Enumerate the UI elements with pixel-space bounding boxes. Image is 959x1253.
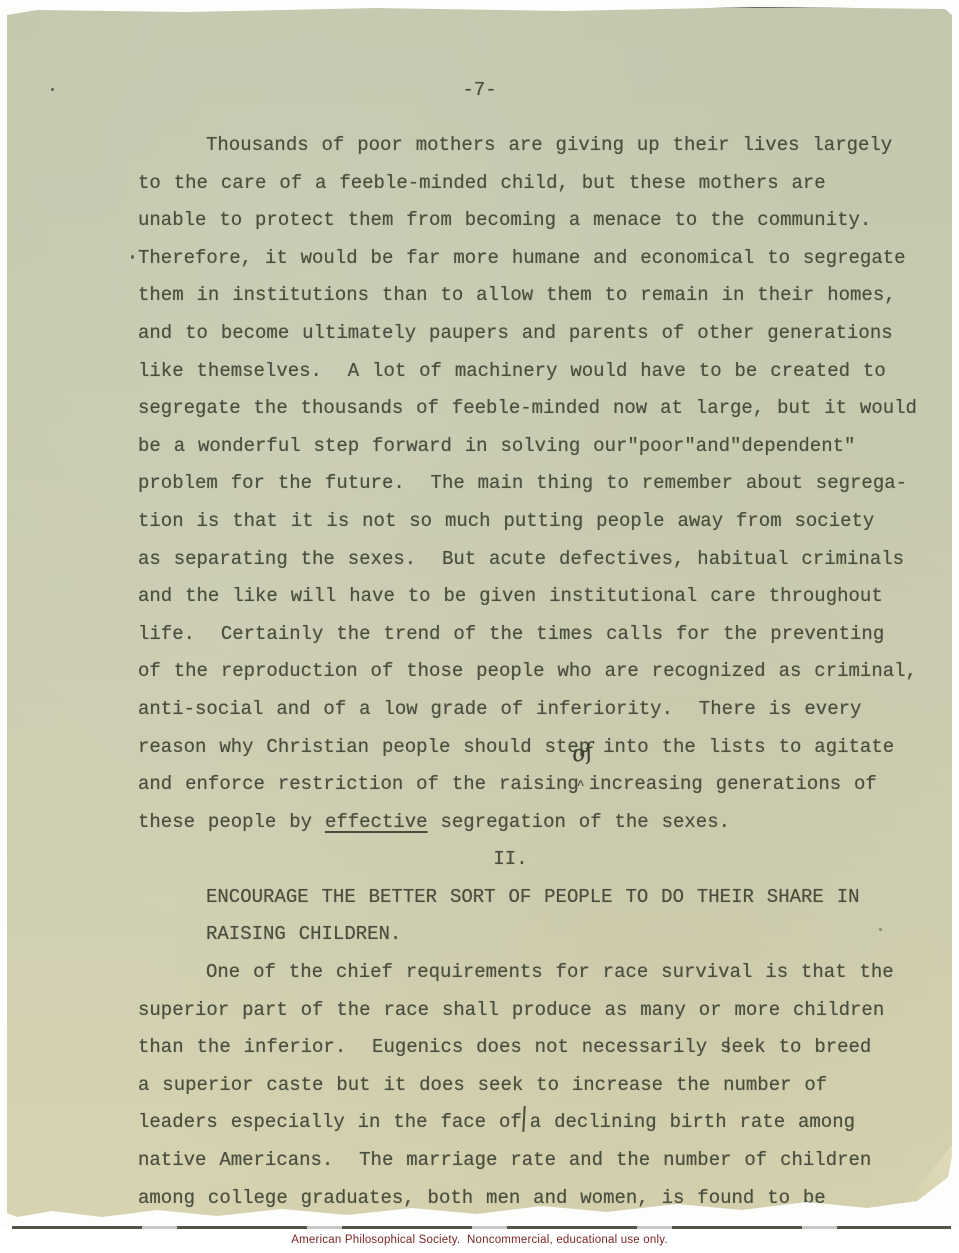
text-segment: these people by bbox=[138, 811, 325, 833]
text-segment: of the reproduction of those people who … bbox=[138, 660, 917, 682]
text-line: and the like will have to be given insti… bbox=[138, 578, 938, 616]
text-segment: segregation of the sexes. bbox=[428, 811, 730, 833]
text-segment: and enforce restriction of the raising bbox=[138, 773, 579, 795]
text-segment: RAISING CHILDREN. bbox=[206, 923, 401, 945]
text-line: as separating the sexes. But acute defec… bbox=[138, 541, 938, 579]
underlined-word: effective bbox=[325, 811, 428, 833]
text-line: a superior caste but it does seek to inc… bbox=[138, 1067, 938, 1105]
text-line: life. Certainly the trend of the times c… bbox=[138, 616, 938, 654]
text-line: reason why Christian people should step … bbox=[138, 729, 938, 767]
text-segment: II. bbox=[493, 848, 527, 870]
text-line: RAISING CHILDREN. bbox=[138, 916, 938, 954]
text-line: and to become ultimately paupers and par… bbox=[138, 315, 938, 353]
text-segment: tion is that it is not so much putting p… bbox=[138, 510, 874, 532]
text-line: than the inferior. Eugenics does not nec… bbox=[138, 1029, 938, 1067]
overstruck-letter: s bbox=[720, 1029, 731, 1067]
text-segment: Thousands of poor mothers are giving up … bbox=[206, 134, 892, 156]
text-segment: unable to protect them from becoming a m… bbox=[138, 209, 871, 231]
document-body: Thousands of poor mothers are giving up … bbox=[138, 127, 938, 1217]
text-line: among college graduates, both men and wo… bbox=[138, 1180, 938, 1218]
text-segment: eek to breed bbox=[732, 1036, 872, 1058]
text-line: Therefore, it would be far more humane a… bbox=[138, 240, 938, 278]
text-line: these people by effective segregation of… bbox=[138, 804, 938, 842]
attribution-footer: American Philosophical Society. Noncomme… bbox=[0, 1229, 959, 1253]
section-number-line: II. bbox=[138, 841, 938, 879]
text-segment: a declining birth rate among bbox=[530, 1111, 855, 1133]
text-segment: life. Certainly the trend of the times c… bbox=[138, 623, 884, 645]
text-segment: as separating the sexes. But acute defec… bbox=[138, 548, 904, 570]
pen-stroke-mark bbox=[522, 1106, 529, 1132]
text-segment: than the inferior. Eugenics does not nec… bbox=[138, 1036, 720, 1058]
text-line: superior part of the race shall produce … bbox=[138, 992, 938, 1030]
text-segment: be a wonderful step forward in solving o… bbox=[138, 435, 855, 457]
page-top-edge bbox=[9, 5, 950, 8]
text-line: unable to protect them from becoming a m… bbox=[138, 202, 938, 240]
attribution-text: American Philosophical Society. Noncomme… bbox=[291, 1234, 667, 1246]
text-line: problem for the future. The main thing t… bbox=[138, 465, 938, 503]
text-line: Thousands of poor mothers are giving up … bbox=[138, 127, 938, 165]
text-line: ENCOURAGE THE BETTER SORT OF PEOPLE TO D… bbox=[138, 879, 938, 917]
text-line: to the care of a feeble-minded child, bu… bbox=[138, 165, 938, 203]
text-segment: like themselves. A lot of machinery woul… bbox=[138, 360, 886, 382]
text-segment: to the care of a feeble-minded child, bu… bbox=[138, 172, 826, 194]
text-line: leaders especially in the face ofa decli… bbox=[138, 1104, 938, 1142]
text-segment: leaders especially in the face of bbox=[138, 1111, 522, 1133]
text-segment: them in institutions than to allow them … bbox=[138, 284, 896, 306]
text-segment: segregate the thousands of feeble-minded… bbox=[138, 397, 917, 419]
text-line: One of the chief requirements for race s… bbox=[138, 954, 938, 992]
text-line: and enforce restriction of the raisingof… bbox=[138, 766, 938, 804]
text-segment: increasing generations of bbox=[589, 773, 877, 795]
paper-speck bbox=[131, 255, 134, 259]
text-line: them in institutions than to allow them … bbox=[138, 277, 938, 315]
text-segment: native Americans. The marriage rate and … bbox=[138, 1149, 871, 1171]
text-segment: superior part of the race shall produce … bbox=[138, 999, 884, 1021]
text-line: native Americans. The marriage rate and … bbox=[138, 1142, 938, 1180]
text-line: like themselves. A lot of machinery woul… bbox=[138, 353, 938, 391]
page-number: -7- bbox=[7, 79, 952, 101]
text-segment: and to become ultimately paupers and par… bbox=[138, 322, 893, 344]
text-line: segregate the thousands of feeble-minded… bbox=[138, 390, 938, 428]
text-segment: reason why Christian people should step … bbox=[138, 736, 894, 758]
document-page: -7- Thousands of poor mothers are giving… bbox=[7, 5, 952, 1229]
text-segment: Therefore, it would be far more humane a… bbox=[138, 247, 906, 269]
text-line: of the reproduction of those people who … bbox=[138, 653, 938, 691]
paper-speck bbox=[879, 928, 882, 931]
text-segment: a superior caste but it does seek to inc… bbox=[138, 1074, 827, 1096]
paper-speck bbox=[51, 88, 54, 91]
text-segment: among college graduates, both men and wo… bbox=[138, 1187, 826, 1209]
handwritten-insertion: of^ bbox=[579, 770, 589, 789]
text-segment: ENCOURAGE THE BETTER SORT OF PEOPLE TO D… bbox=[206, 886, 860, 908]
handwritten-word: of bbox=[570, 741, 595, 767]
text-segment: and the like will have to be given insti… bbox=[138, 585, 883, 607]
text-line: be a wonderful step forward in solving o… bbox=[138, 428, 938, 466]
caret-mark: ^ bbox=[577, 779, 585, 792]
scan-background: { "page": { "number": "-7-", "lines": [ … bbox=[0, 0, 959, 1253]
text-line: anti-social and of a low grade of inferi… bbox=[138, 691, 938, 729]
text-line: tion is that it is not so much putting p… bbox=[138, 503, 938, 541]
text-segment: anti-social and of a low grade of inferi… bbox=[138, 698, 861, 720]
text-segment: problem for the future. The main thing t… bbox=[138, 472, 907, 494]
text-segment: One of the chief requirements for race s… bbox=[206, 961, 894, 983]
